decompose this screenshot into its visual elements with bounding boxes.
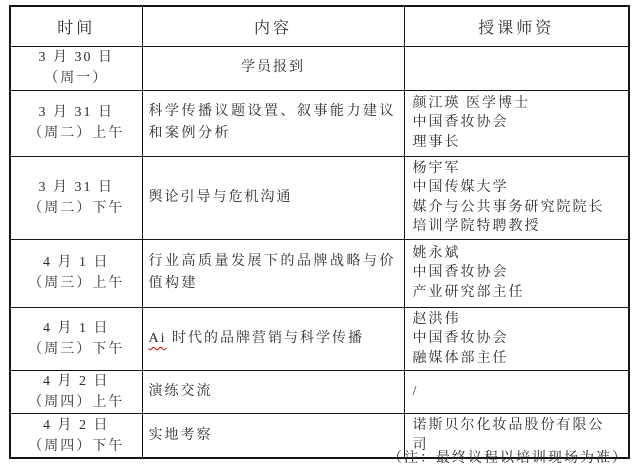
- content-cell: 舆论引导与危机沟通: [142, 156, 404, 239]
- content-cell: 演练交流: [142, 371, 404, 414]
- table-row: 4 月 1 日 （周三）下午 Ai 时代的品牌营销与科学传播 赵洪伟 中国香妆协…: [10, 307, 629, 371]
- document-page: 时间 内容 授课师资 3 月 30 日 （周一） 学员报到 3 月 31 日 （…: [0, 0, 633, 465]
- time-cell: 4 月 1 日 （周三）上午: [10, 239, 142, 307]
- time-cell: 4 月 2 日 （周四）下午: [10, 414, 142, 459]
- spellcheck-underlined-text: Ai: [149, 331, 167, 346]
- time-cell: 4 月 2 日 （周四）上午: [10, 371, 142, 414]
- table-row: 3 月 31 日 （周二）上午 科学传播议题设置、叙事能力建议和案例分析 颜江瑛…: [10, 90, 629, 156]
- table-row: 4 月 2 日 （周四）上午 演练交流 /: [10, 371, 629, 414]
- content-cell: 学员报到: [142, 46, 404, 90]
- faculty-cell: /: [404, 371, 629, 414]
- content-cell: 科学传播议题设置、叙事能力建议和案例分析: [142, 90, 404, 156]
- header-time: 时间: [10, 6, 142, 46]
- time-cell: 3 月 31 日 （周二）上午: [10, 90, 142, 156]
- faculty-cell: [404, 46, 629, 90]
- content-cell: 行业高质量发展下的品牌战略与价值构建: [142, 239, 404, 307]
- header-content: 内容: [142, 6, 404, 46]
- table-row: 4 月 1 日 （周三）上午 行业高质量发展下的品牌战略与价值构建 姚永斌 中国…: [10, 239, 629, 307]
- time-cell: 4 月 1 日 （周三）下午: [10, 307, 142, 371]
- content-cell: Ai 时代的品牌营销与科学传播: [142, 307, 404, 371]
- faculty-cell: 杨宇军 中国传媒大学 媒介与公共事务研究院院长 培训学院特聘教授: [404, 156, 629, 239]
- footnote: （注：最终议程以培训现场为准）: [388, 447, 628, 465]
- time-cell: 3 月 30 日 （周一）: [10, 46, 142, 90]
- faculty-cell: 赵洪伟 中国香妆协会 融媒体部主任: [404, 307, 629, 371]
- header-row: 时间 内容 授课师资: [10, 6, 629, 46]
- content-cell: 实地考察: [142, 414, 404, 459]
- header-faculty: 授课师资: [404, 6, 629, 46]
- content-text: 时代的品牌营销与科学传播: [167, 331, 365, 346]
- faculty-cell: 姚永斌 中国香妆协会 产业研究部主任: [404, 239, 629, 307]
- schedule-table: 时间 内容 授课师资 3 月 30 日 （周一） 学员报到 3 月 31 日 （…: [9, 5, 630, 459]
- faculty-cell: 颜江瑛 医学博士 中国香妆协会 理事长: [404, 90, 629, 156]
- table-row: 3 月 31 日 （周二）下午 舆论引导与危机沟通 杨宇军 中国传媒大学 媒介与…: [10, 156, 629, 239]
- table-row: 3 月 30 日 （周一） 学员报到: [10, 46, 629, 90]
- time-cell: 3 月 31 日 （周二）下午: [10, 156, 142, 239]
